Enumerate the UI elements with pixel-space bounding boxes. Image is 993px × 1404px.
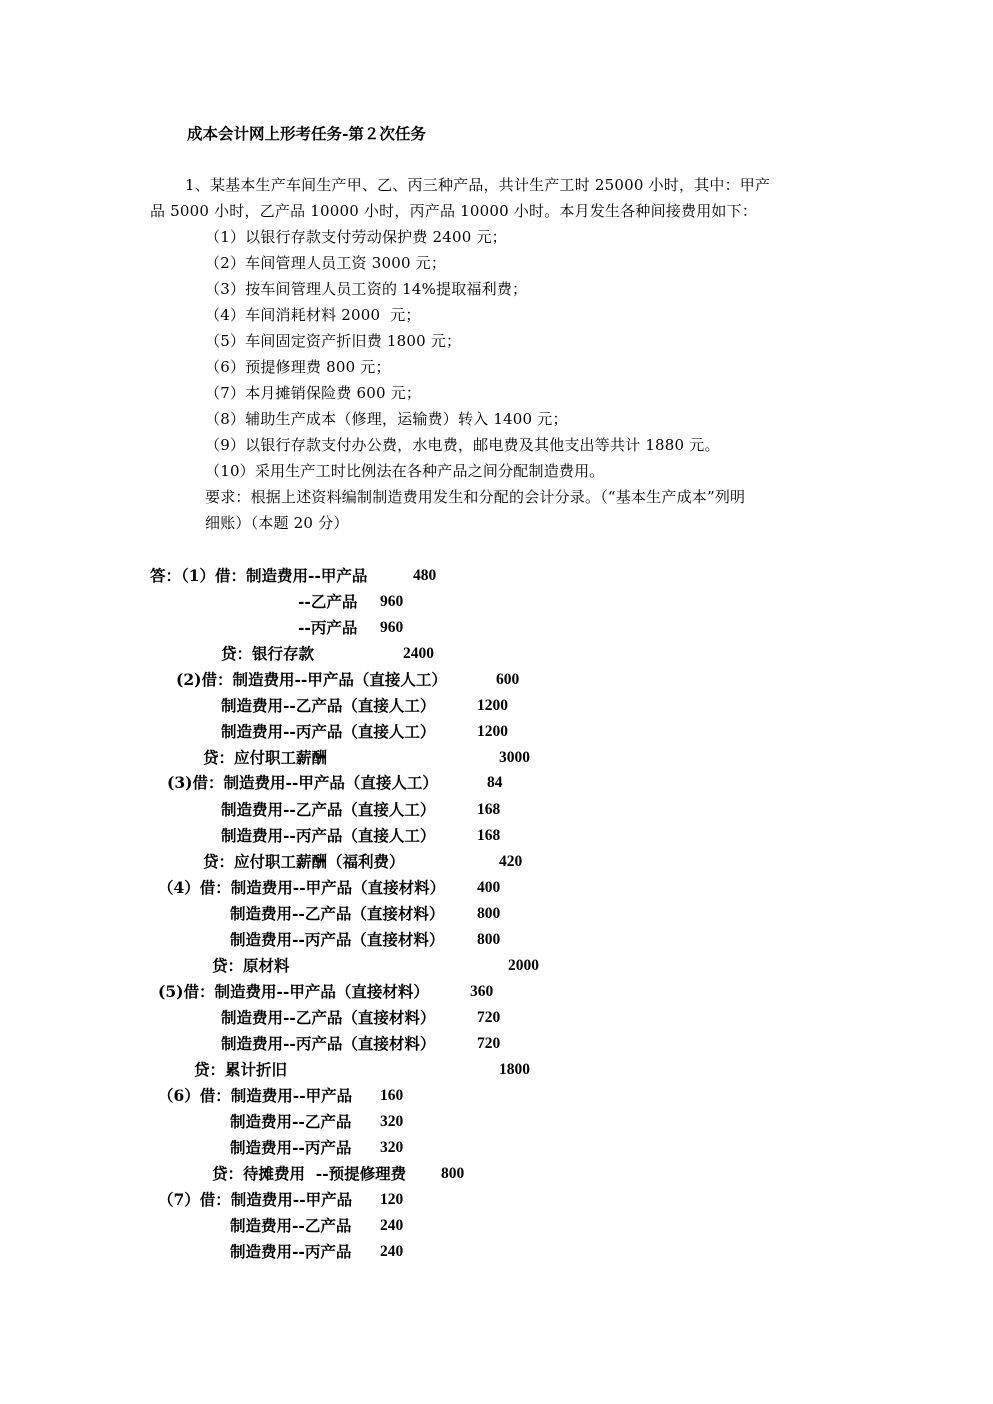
question-item: （3）按车间管理人员工资的 14%提取福利费； xyxy=(205,282,527,297)
journal-entry-1-debit-c: --丙产品 xyxy=(298,620,357,636)
journal-entry-2-credit: 贷：应付职工薪酬 xyxy=(203,750,327,766)
journal-entry-6-debit-a: （6）借：制造费用--甲产品 xyxy=(158,1088,352,1104)
amount: 3000 xyxy=(499,750,530,766)
journal-entry-2-debit-c: 制造费用--丙产品（直接人工） xyxy=(221,724,435,740)
amount: 2400 xyxy=(403,646,434,662)
amount: 720 xyxy=(477,1010,500,1026)
journal-entry-3-debit-b: 制造费用--乙产品（直接人工） xyxy=(221,802,435,818)
amount: 120 xyxy=(380,1192,403,1208)
journal-entry-4-debit-c: 制造费用--丙产品（直接材料） xyxy=(230,932,444,948)
journal-entry-1-credit: 贷：银行存款 xyxy=(221,646,314,662)
amount: 168 xyxy=(477,828,500,844)
journal-entry-4-credit: 贷：原材料 xyxy=(212,958,290,974)
amount: 1200 xyxy=(477,698,508,714)
question-item: （5）车间固定资产折旧费 1800 元； xyxy=(205,334,461,349)
amount: 1200 xyxy=(477,724,508,740)
question-item: （1）以银行存款支付劳动保护费 2400 元； xyxy=(205,230,507,245)
amount: 960 xyxy=(380,594,403,610)
journal-entry-1-debit-a: 答：（1）借：制造费用--甲产品 xyxy=(150,568,367,584)
amount: 480 xyxy=(413,568,436,584)
amount: 84 xyxy=(487,775,503,791)
amount: 1800 xyxy=(499,1062,530,1078)
question-item: （8）辅助生产成本（修理，运输费）转入 1400 元； xyxy=(205,412,568,427)
journal-entry-7-debit-b: 制造费用--乙产品 xyxy=(230,1218,351,1234)
journal-entry-2-debit-a: (2)借：制造费用--甲产品（直接人工） xyxy=(176,672,447,688)
amount: 400 xyxy=(477,880,500,896)
journal-entry-6-debit-b: 制造费用--乙产品 xyxy=(230,1114,351,1130)
amount: 720 xyxy=(477,1036,500,1052)
journal-entry-7-debit-c: 制造费用--丙产品 xyxy=(230,1244,351,1260)
question-item: （10）采用生产工时比例法在各种产品之间分配制造费用。 xyxy=(205,464,605,479)
amount: 800 xyxy=(441,1166,464,1182)
journal-entry-5-credit: 贷：累计折旧 xyxy=(194,1062,287,1078)
amount: 168 xyxy=(477,802,500,818)
amount: 800 xyxy=(477,932,500,948)
requirement-line-1: 要求：根据上述资料编制制造费用发生和分配的会计分录。（“基本生产成本”列明 xyxy=(205,490,745,505)
question-item: （9）以银行存款支付办公费，水电费，邮电费及其他支出等共计 1880 元。 xyxy=(205,438,720,453)
requirement-line-2: 细账）（本题 20 分） xyxy=(205,516,349,531)
amount: 160 xyxy=(380,1088,403,1104)
journal-entry-4-debit-a: （4）借：制造费用--甲产品（直接材料） xyxy=(158,880,445,896)
amount: 240 xyxy=(380,1244,403,1260)
amount: 360 xyxy=(470,984,493,1000)
journal-entry-3-debit-c: 制造费用--丙产品（直接人工） xyxy=(221,828,435,844)
journal-entry-6-debit-c: 制造费用--丙产品 xyxy=(230,1140,351,1156)
journal-entry-3-credit: 贷：应付职工薪酬（福利费） xyxy=(203,854,405,870)
amount: 600 xyxy=(496,672,519,688)
journal-entry-4-debit-b: 制造费用--乙产品（直接材料） xyxy=(230,906,444,922)
journal-entry-1-debit-b: --乙产品 xyxy=(298,594,357,610)
amount: 960 xyxy=(380,620,403,636)
journal-entry-6-credit: 贷：待摊费用 --预提修理费 xyxy=(212,1166,406,1182)
amount: 420 xyxy=(499,854,522,870)
amount: 320 xyxy=(380,1140,403,1156)
journal-entry-5-debit-a: (5)借：制造费用--甲产品（直接材料） xyxy=(158,984,429,1000)
question-item: （6）预提修理费 800 元； xyxy=(205,360,391,375)
amount: 800 xyxy=(477,906,500,922)
document-title: 成本会计网上形考任务-第２次任务 xyxy=(187,126,426,142)
question-item: （4）车间消耗材料 2000 元； xyxy=(205,308,421,323)
question-intro-line-1: 1、某基本生产车间生产甲、乙、丙三种产品，共计生产工时 25000 小时，其中：… xyxy=(185,178,770,193)
journal-entry-2-debit-b: 制造费用--乙产品（直接人工） xyxy=(221,698,435,714)
journal-entry-5-debit-b: 制造费用--乙产品（直接材料） xyxy=(221,1010,435,1026)
question-item: （7）本月摊销保险费 600 元； xyxy=(205,386,421,401)
question-item: （2）车间管理人员工资 3000 元； xyxy=(205,256,446,271)
journal-entry-5-debit-c: 制造费用--丙产品（直接材料） xyxy=(221,1036,435,1052)
question-intro-line-2: 品 5000 小时，乙产品 10000 小时，丙产品 10000 小时。本月发生… xyxy=(150,204,757,219)
journal-entry-3-debit-a: (3)借：制造费用--甲产品（直接人工） xyxy=(167,775,438,791)
journal-entry-7-debit-a: （7）借：制造费用--甲产品 xyxy=(158,1192,352,1208)
amount: 240 xyxy=(380,1218,403,1234)
amount: 2000 xyxy=(508,958,539,974)
amount: 320 xyxy=(380,1114,403,1130)
